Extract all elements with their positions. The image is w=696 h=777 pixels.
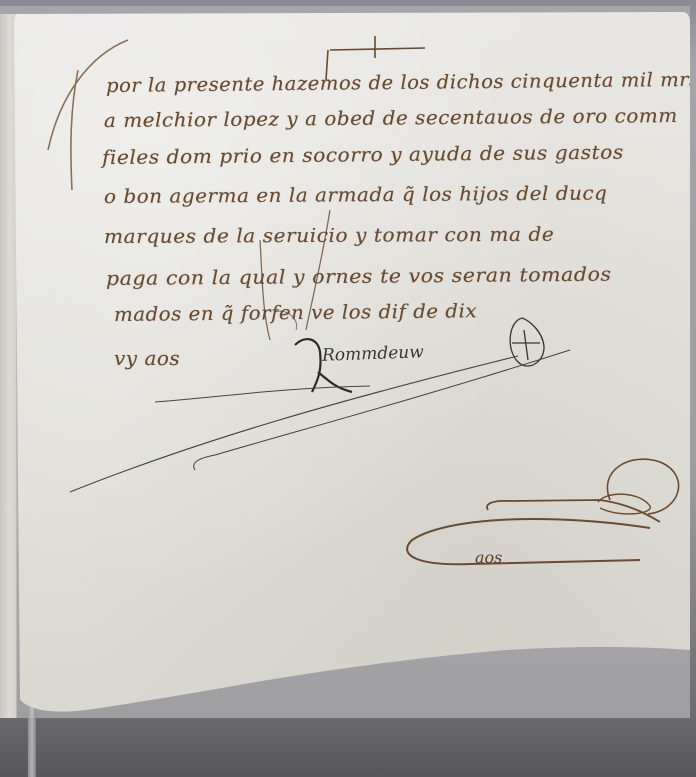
table-surface — [0, 718, 696, 777]
royal-signature: Rommdeuw — [322, 342, 424, 366]
manuscript-line-1: por la presente hazemos de los dichos ci… — [106, 68, 696, 97]
manuscript-line-4: o bon agerma en la armada q̃ los hijos d… — [104, 182, 608, 208]
manuscript-line-6: paga con la qual y ornes te vos seran to… — [106, 264, 612, 290]
manuscript-line-8: vy aos — [114, 346, 180, 370]
manuscript-line-2: a melchior lopez y a obed de secentauos … — [104, 105, 678, 132]
manuscript-page: por la presente hazemos de los dichos ci… — [6, 10, 690, 718]
stacked-sheet-edge — [0, 14, 17, 774]
manuscript-line-5: marques de la seruicio y tomar con ma de — [104, 224, 554, 248]
manuscript-text-block: por la presente hazemos de los dichos ci… — [6, 10, 690, 718]
photo-scene: por la presente hazemos de los dichos ci… — [0, 0, 696, 777]
manuscript-line-3: fieles dom prio en socorro y ayuda de su… — [102, 142, 624, 169]
manuscript-line-7: mados en q̃ forfen ve los dif de dix — [114, 300, 477, 326]
plastic-sleeve-edge — [28, 700, 36, 777]
counter-signature: aos — [475, 548, 502, 567]
